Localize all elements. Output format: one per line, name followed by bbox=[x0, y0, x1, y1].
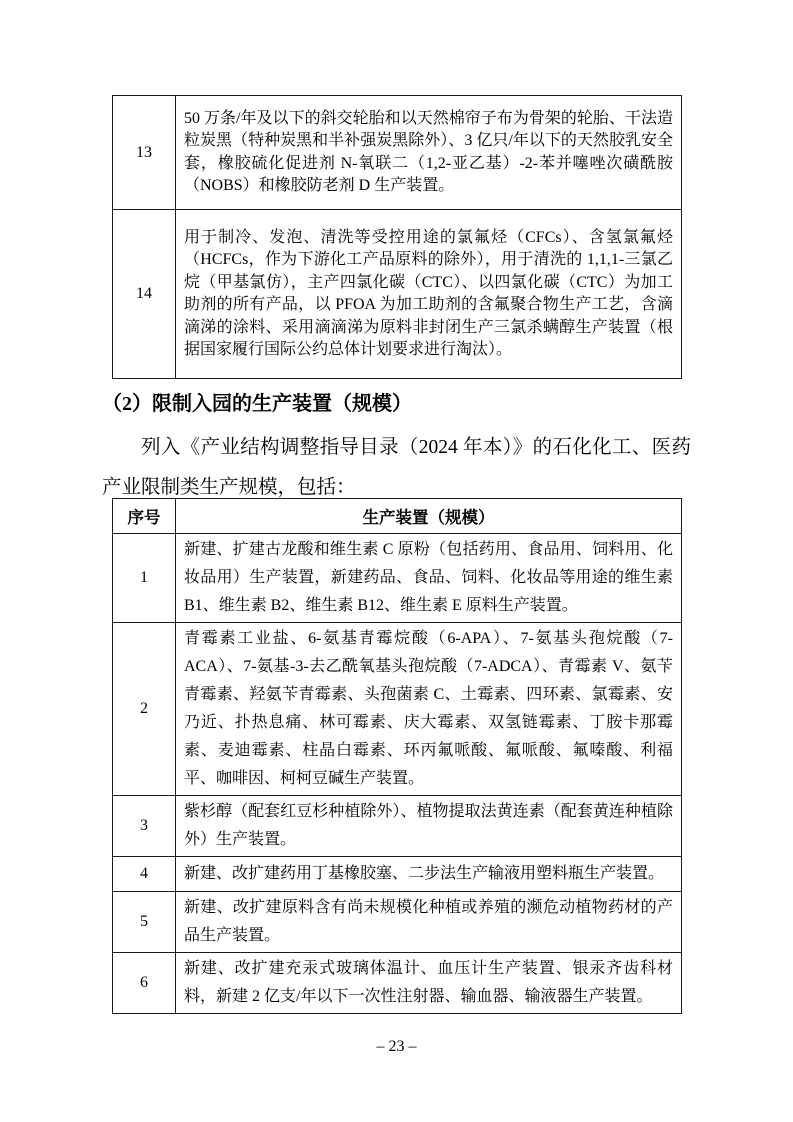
row-number-cell: 3 bbox=[113, 796, 176, 857]
table-row: 6 新建、改扩建充汞式玻璃体温计、血压计生产装置、银汞齐齿科材料，新建 2 亿支… bbox=[113, 953, 682, 1014]
page-number: – 23 – bbox=[0, 1038, 793, 1056]
elimination-table-continued: 13 50 万条/年及以下的斜交轮胎和以天然棉帘子布为骨架的轮胎、干法造粒炭黑（… bbox=[112, 95, 682, 379]
row-number-cell: 1 bbox=[113, 534, 176, 623]
row-number-cell: 5 bbox=[113, 892, 176, 953]
table-row: 13 50 万条/年及以下的斜交轮胎和以天然棉帘子布为骨架的轮胎、干法造粒炭黑（… bbox=[113, 96, 682, 210]
table-row: 2 青霉素工业盐、6-氨基青霉烷酸（6-APA）、7-氨基头孢烷酸（7-ACA）… bbox=[113, 623, 682, 796]
intro-paragraph: 列入《产业结构调整指导目录（2024 年本）》的石化化工、医药产业限制类生产规模… bbox=[102, 428, 691, 508]
restricted-table: 序号 生产装置（规模） 1 新建、扩建古龙酸和维生素 C 原粉（包括药用、食品用… bbox=[112, 498, 682, 1014]
row-number-cell: 13 bbox=[113, 96, 176, 210]
row-number-cell: 14 bbox=[113, 210, 176, 379]
section-heading: （2）限制入园的生产装置（规模） bbox=[102, 390, 691, 418]
row-text-cell: 用于制冷、发泡、清洗等受控用途的氯氟烃（CFCs）、含氢氯氟烃（HCFCs，作为… bbox=[176, 210, 682, 379]
table-row: 1 新建、扩建古龙酸和维生素 C 原粉（包括药用、食品用、饲料用、化妆品用）生产… bbox=[113, 534, 682, 623]
table-row: 4 新建、改扩建药用丁基橡胶塞、二步法生产输液用塑料瓶生产装置。 bbox=[113, 857, 682, 892]
row-text-cell: 青霉素工业盐、6-氨基青霉烷酸（6-APA）、7-氨基头孢烷酸（7-ACA）、7… bbox=[176, 623, 682, 796]
row-text-cell: 新建、扩建古龙酸和维生素 C 原粉（包括药用、食品用、饲料用、化妆品用）生产装置… bbox=[176, 534, 682, 623]
row-number-cell: 2 bbox=[113, 623, 176, 796]
row-text-cell: 新建、改扩建药用丁基橡胶塞、二步法生产输液用塑料瓶生产装置。 bbox=[176, 857, 682, 892]
row-text-cell: 50 万条/年及以下的斜交轮胎和以天然棉帘子布为骨架的轮胎、干法造粒炭黑（特种炭… bbox=[176, 96, 682, 210]
row-number-cell: 6 bbox=[113, 953, 176, 1014]
row-text-cell: 紫杉醇（配套红豆杉种植除外）、植物提取法黄连素（配套黄连种植除外）生产装置。 bbox=[176, 796, 682, 857]
row-text-cell: 新建、改扩建充汞式玻璃体温计、血压计生产装置、银汞齐齿科材料，新建 2 亿支/年… bbox=[176, 953, 682, 1014]
table-header-row: 序号 生产装置（规模） bbox=[113, 499, 682, 534]
table-row: 3 紫杉醇（配套红豆杉种植除外）、植物提取法黄连素（配套黄连种植除外）生产装置。 bbox=[113, 796, 682, 857]
header-cell-device: 生产装置（规模） bbox=[176, 499, 682, 534]
header-cell-seq: 序号 bbox=[113, 499, 176, 534]
row-text-cell: 新建、改扩建原料含有尚未规模化种植或养殖的濒危动植物药材的产品生产装置。 bbox=[176, 892, 682, 953]
document-page: 13 50 万条/年及以下的斜交轮胎和以天然棉帘子布为骨架的轮胎、干法造粒炭黑（… bbox=[0, 0, 793, 1122]
row-number-cell: 4 bbox=[113, 857, 176, 892]
table-row: 5 新建、改扩建原料含有尚未规模化种植或养殖的濒危动植物药材的产品生产装置。 bbox=[113, 892, 682, 953]
table-row: 14 用于制冷、发泡、清洗等受控用途的氯氟烃（CFCs）、含氢氯氟烃（HCFCs… bbox=[113, 210, 682, 379]
